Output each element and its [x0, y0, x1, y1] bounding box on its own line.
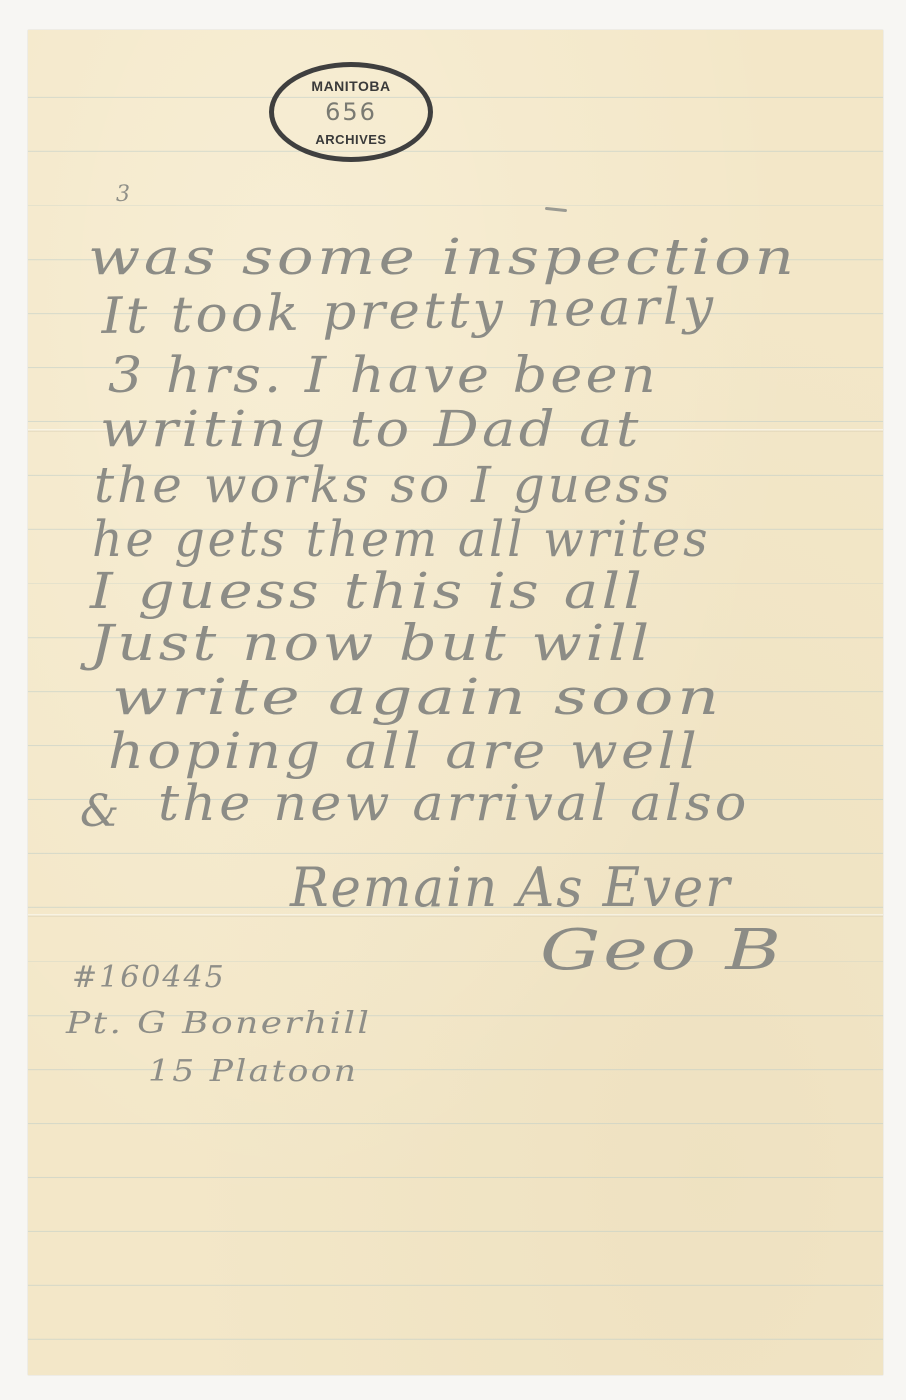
platoon-line: 15 Platoon: [148, 1054, 358, 1089]
letter-line-7: I guess this is all: [90, 562, 645, 620]
letter-line-3: 3 hrs. I have been: [108, 346, 659, 404]
closing-phrase: Remain As Ever: [290, 856, 732, 919]
stamp-catalog-number: 656: [274, 98, 428, 126]
page-number: 3: [116, 182, 130, 207]
service-number: #160445: [72, 960, 226, 995]
letter-line-8: Just now but will: [90, 614, 653, 672]
stamp-top-text: MANITOBA: [274, 78, 428, 94]
archives-stamp: MANITOBA 656 ARCHIVES: [269, 62, 433, 162]
letter-line-2: It took pretty nearly: [101, 277, 717, 345]
stamp-bottom-text: ARCHIVES: [274, 132, 428, 147]
margin-ampersand: &: [80, 786, 122, 837]
letter-line-9: write again soon: [112, 668, 723, 726]
letter-line-6: he gets them all writes: [92, 510, 710, 568]
letter-line-11: the new arrival also: [158, 774, 750, 832]
soldier-name: Pt. G Bonerhill: [66, 1006, 371, 1041]
letter-line-10: hoping all are well: [108, 722, 700, 780]
letter-line-5: the works so I guess: [94, 456, 673, 514]
signature: Geo B: [540, 918, 784, 983]
letter-line-4: writing to Dad at: [100, 400, 642, 458]
